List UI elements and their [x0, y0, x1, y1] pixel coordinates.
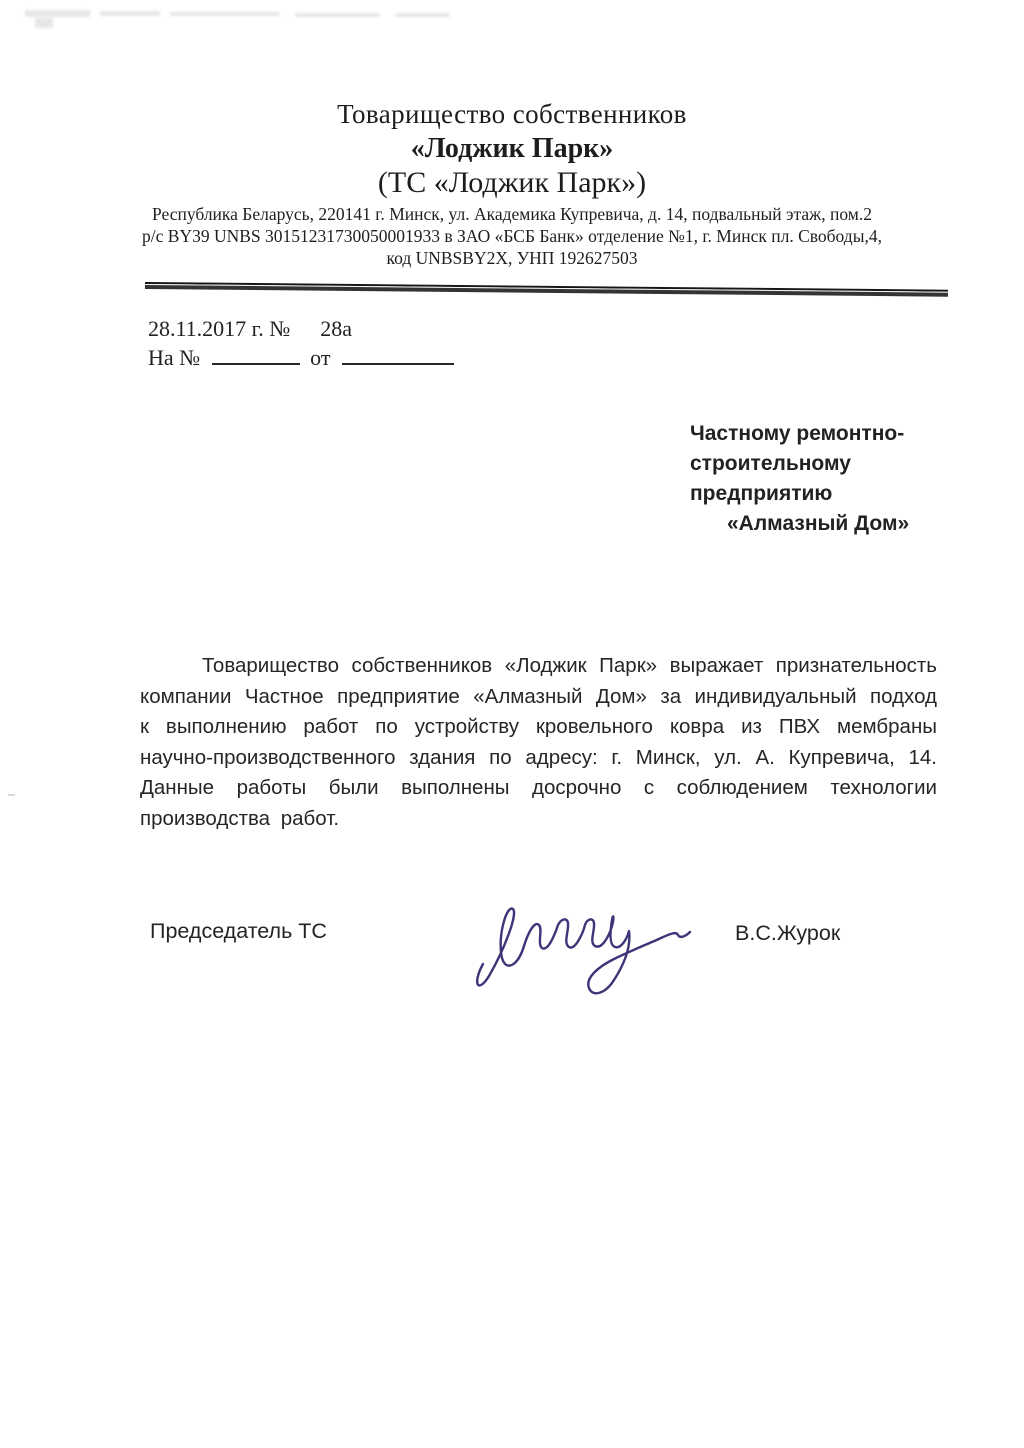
outgoing-number: 28а	[320, 316, 352, 341]
addressee-line: предприятию	[690, 479, 909, 509]
addressee-line: «Алмазный Дом»	[727, 509, 909, 539]
scan-artifact	[295, 13, 380, 17]
addressee-line: Частному ремонтно-	[690, 419, 909, 449]
letterhead: Товарищество собственников «Лоджик Парк»…	[0, 98, 1024, 269]
org-address-line-1: Республика Беларусь, 220141 г. Минск, ул…	[0, 203, 1024, 225]
reply-prefix: На №	[148, 345, 200, 370]
reply-ref-line: На №от	[148, 343, 454, 372]
letterhead-divider	[145, 282, 948, 297]
reply-middle: от	[310, 345, 330, 370]
org-address-line-3: код UNBSBY2X, УНП 192627503	[0, 247, 1024, 269]
scanned-letter-page: Товарищество собственников «Лоджик Парк»…	[0, 0, 1024, 1448]
addressee-line: строительному	[690, 449, 909, 479]
signer-name: В.С.Журок	[735, 921, 840, 946]
body-paragraph: Товарищество собственников «Лоджик Парк»…	[140, 651, 937, 834]
org-name: Товарищество собственников	[0, 98, 1024, 130]
org-address-line-2: р/с BY39 UNBS 30151231730050001933 в ЗАО…	[0, 225, 1024, 247]
outgoing-ref-line: 28.11.2017 г. №28а	[148, 314, 454, 343]
addressee-block: Частному ремонтно- строительному предпри…	[690, 419, 909, 539]
org-alt-name: (ТС «Лоджик Парк»)	[0, 166, 1024, 199]
reference-block: 28.11.2017 г. №28а На №от	[148, 314, 454, 372]
reply-date-blank	[342, 347, 454, 365]
handwritten-signature	[462, 876, 692, 1004]
scan-artifact	[8, 794, 15, 796]
scan-artifact	[25, 10, 90, 17]
scan-artifact	[35, 18, 53, 28]
signer-title: Председатель ТС	[150, 919, 327, 944]
org-short-name: «Лоджик Парк»	[0, 133, 1024, 165]
scan-artifact	[100, 11, 160, 16]
scan-artifact	[395, 13, 450, 17]
outgoing-date: 28.11.2017 г. №	[148, 316, 290, 341]
reply-number-blank	[212, 347, 300, 365]
scan-artifact	[170, 12, 280, 16]
